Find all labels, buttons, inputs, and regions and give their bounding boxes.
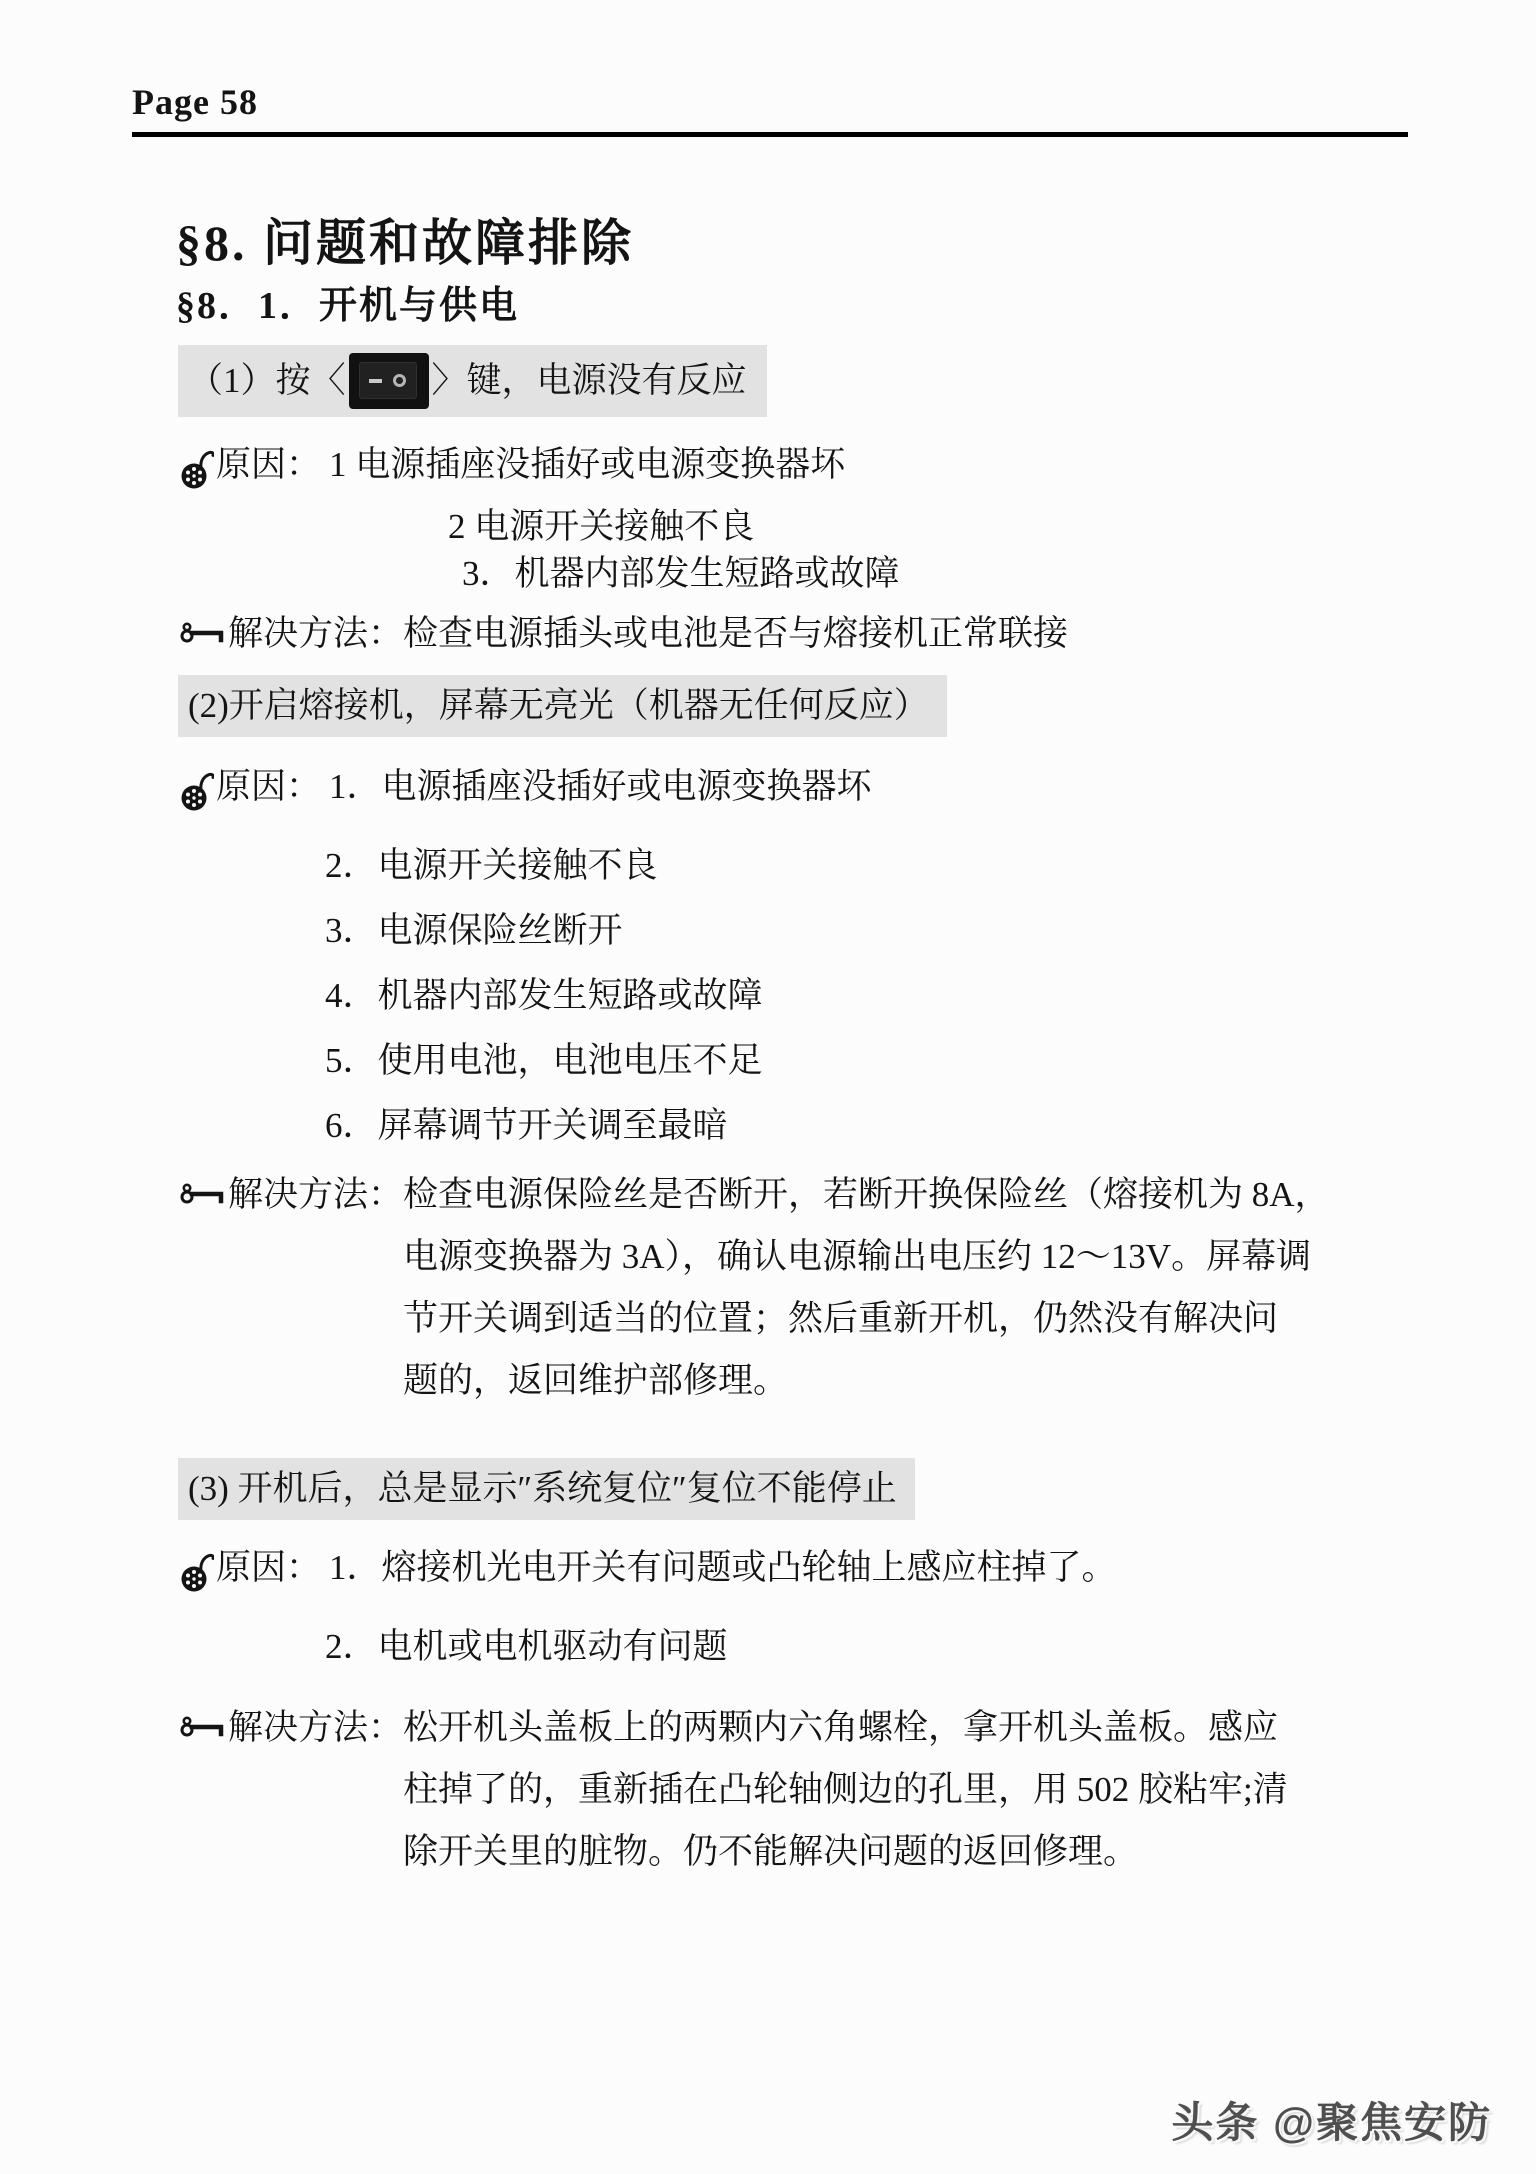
solution-text: 检查电源保险丝是否断开，若断开换保险丝（熔接机为 8A， 电源变换器为 3A），… <box>403 1164 1408 1412</box>
solution-line: 节开关调到适当的位置；然后重新开机，仍然没有解决问 <box>403 1288 1408 1350</box>
switch-minus-marking <box>369 379 382 383</box>
solution-text: 松开机头盖板上的两颗内六角螺栓，拿开机头盖板。感应 柱掉了的，重新插在凸轮轴侧边… <box>403 1697 1408 1883</box>
solution-line: 除开关里的脏物。仍不能解决问题的返回修理。 <box>403 1821 1408 1883</box>
solution-line: 柱掉了的，重新插在凸轮轴侧边的孔里，用 502 胶粘牢;清 <box>403 1759 1408 1821</box>
reason-item: 3．机器内部发生短路或故障 <box>462 550 1408 597</box>
reason-item: 3．电源保险丝断开 <box>325 907 1408 955</box>
solution-line: 松开机头盖板上的两颗内六角螺栓，拿开机头盖板。感应 <box>403 1697 1408 1759</box>
reason-label: 原因： <box>216 441 321 488</box>
reason-item: 1．熔接机光电开关有问题或凸轮轴上感应柱掉了。 <box>329 1544 1117 1591</box>
reason-item: 2．电源开关接触不良 <box>325 842 1408 890</box>
chapter-title: §8. 问题和故障排除 <box>176 213 1408 273</box>
reason-item: 4．机器内部发生短路或故障 <box>325 972 1408 1020</box>
solution-label: 解决方法： <box>228 603 403 665</box>
header-rule <box>132 132 1408 137</box>
solution-line: 检查电源插头或电池是否与熔接机正常联接 <box>403 603 1408 665</box>
problem-1-heading-prefix: （1）按〈 <box>188 357 346 405</box>
power-rocker-switch-image <box>349 353 429 409</box>
reason-item: 1 电源插座没插好或电源变换器坏 <box>329 441 845 488</box>
problem-1-reason-row: 原因： 1 电源插座没插好或电源变换器坏 <box>180 441 1408 503</box>
reason-label: 原因： <box>216 1544 321 1591</box>
problem-2-solution-row: 解决方法： 检查电源保险丝是否断开，若断开换保险丝（熔接机为 8A， 电源变换器… <box>180 1164 1408 1412</box>
problem-3-heading: (3) 开机后，总是显示″系统复位″复位不能停止 <box>178 1458 915 1520</box>
solution-label: 解决方法： <box>228 1164 403 1226</box>
flat-key-icon <box>180 1697 228 1746</box>
reason-item: 1．电源插座没插好或电源变换器坏 <box>329 763 872 810</box>
switch-circle-marking <box>393 374 406 387</box>
page-number: Page 58 <box>132 0 1408 124</box>
round-bow-key-icon <box>180 1544 216 1606</box>
flat-key-icon <box>180 1164 228 1213</box>
round-bow-key-icon <box>180 763 216 825</box>
problem-3-reason-row: 原因： 1．熔接机光电开关有问题或凸轮轴上感应柱掉了。 <box>180 1544 1408 1606</box>
solution-line: 题的，返回维护部修理。 <box>403 1350 1408 1412</box>
reason-label: 原因： <box>216 763 321 810</box>
solution-label: 解决方法： <box>228 1697 403 1759</box>
round-bow-key-icon <box>180 441 216 503</box>
document-page: Page 58 §8. 问题和故障排除 §8．1．开机与供电 （1）按〈 〉键，… <box>0 0 1536 2174</box>
problem-1-solution-row: 解决方法： 检查电源插头或电池是否与熔接机正常联接 <box>180 603 1408 665</box>
reason-item: 5．使用电池，电池电压不足 <box>325 1037 1408 1085</box>
flat-key-icon <box>180 603 228 652</box>
solution-line: 检查电源保险丝是否断开，若断开换保险丝（熔接机为 8A， <box>403 1164 1408 1226</box>
reason-item: 6．屏幕调节开关调至最暗 <box>325 1102 1408 1150</box>
problem-2-reason-row: 原因： 1．电源插座没插好或电源变换器坏 <box>180 763 1408 825</box>
reason-item: 2 电源开关接触不良 <box>448 503 1408 550</box>
problem-1-heading-suffix: 〉键，电源没有反应 <box>432 357 747 405</box>
solution-line: 电源变换器为 3A），确认电源输出电压约 12～13V。屏幕调 <box>403 1226 1408 1288</box>
section-title: §8．1．开机与供电 <box>176 283 1408 329</box>
problem-3-solution-row: 解决方法： 松开机头盖板上的两颗内六角螺栓，拿开机头盖板。感应 柱掉了的，重新插… <box>180 1697 1408 1883</box>
reason-item: 2．电机或电机驱动有问题 <box>325 1623 1408 1671</box>
switch-face <box>359 362 417 399</box>
watermark: 头条 @聚焦安防 <box>1171 2090 1492 2150</box>
problem-1-heading: （1）按〈 〉键，电源没有反应 <box>178 345 767 417</box>
solution-text: 检查电源插头或电池是否与熔接机正常联接 <box>403 603 1408 665</box>
problem-2-heading: (2)开启熔接机，屏幕无亮光（机器无任何反应） <box>178 675 947 737</box>
